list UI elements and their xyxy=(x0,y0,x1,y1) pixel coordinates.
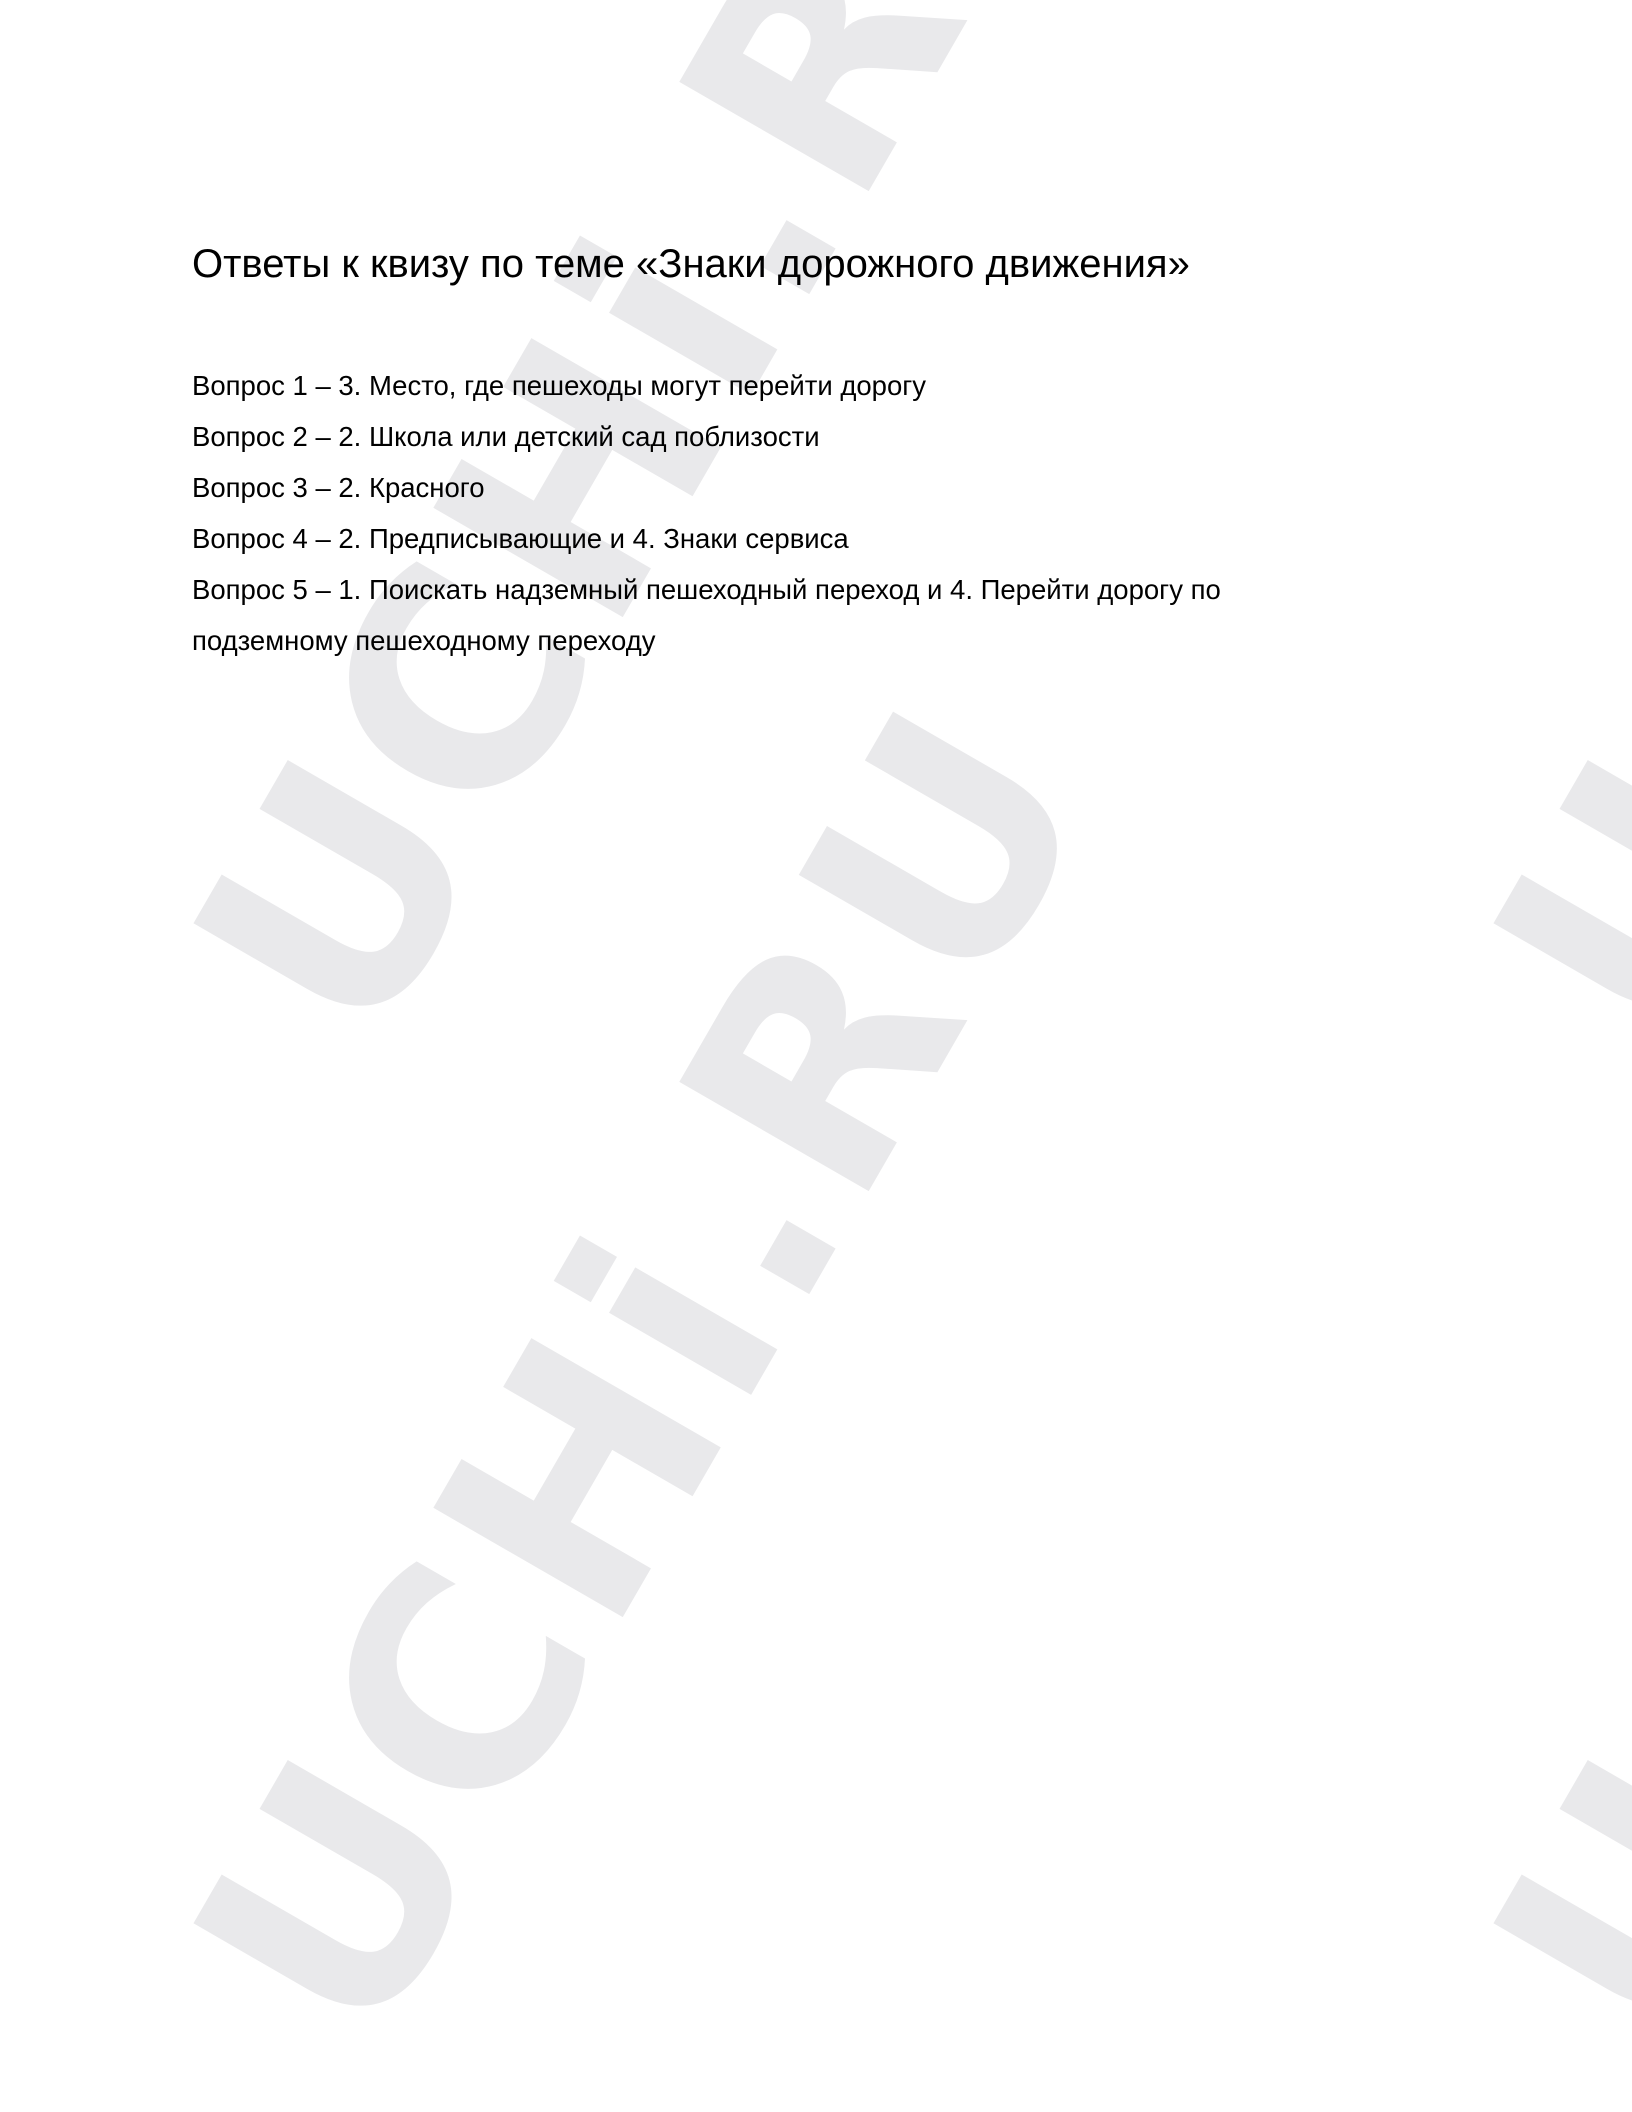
document-title: Ответы к квизу по теме «Знаки дорожного … xyxy=(192,240,1190,288)
answer-item: Вопрос 3 – 2. Красного xyxy=(192,462,1352,513)
watermark-middle: UCHi.RU xyxy=(150,664,1141,2080)
watermark-right-bottom: UCHi.RU xyxy=(1450,664,1632,2080)
answer-item: Вопрос 1 – 3. Место, где пешеходы могут … xyxy=(192,360,1352,411)
watermark-right-top: UCHi.RU xyxy=(1450,0,1632,1080)
answer-item: Вопрос 2 – 2. Школа или детский сад побл… xyxy=(192,411,1352,462)
answer-item: Вопрос 4 – 2. Предписывающие и 4. Знаки … xyxy=(192,513,1352,564)
answers-list: Вопрос 1 – 3. Место, где пешеходы могут … xyxy=(192,360,1352,666)
watermark-layer: UCHi.RU UCHi.RU UCHi.RU UCHi.RU xyxy=(0,0,1632,2112)
answer-item: Вопрос 5 – 1. Поискать надземный пешеход… xyxy=(192,564,1352,666)
